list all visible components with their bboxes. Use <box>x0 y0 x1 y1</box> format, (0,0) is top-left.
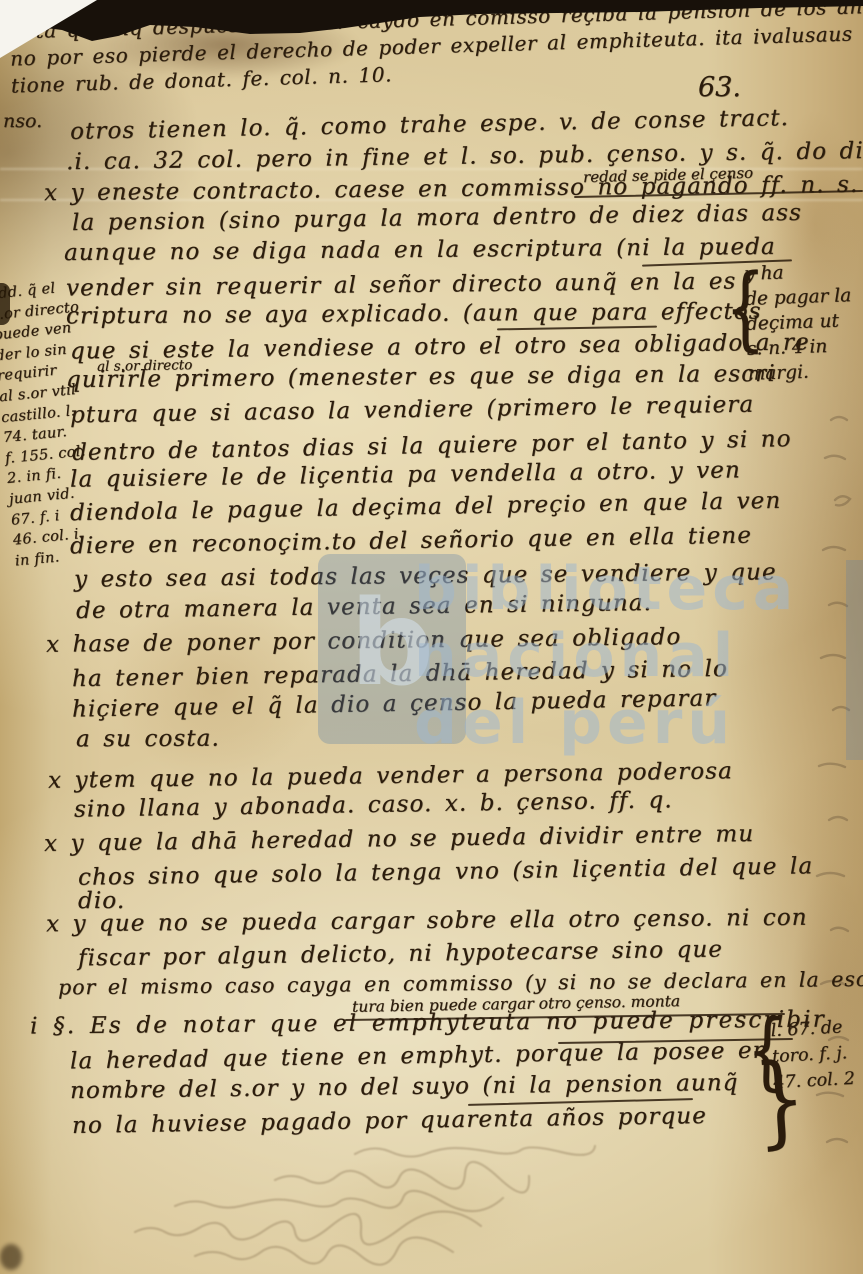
manuscript-line: de otra manera la venta sea en si ningun… <box>76 590 652 624</box>
right-margin-note-line: deçima ut <box>746 308 853 337</box>
manuscript-line: chos sino que solo la tenga vno (sin liç… <box>78 853 814 891</box>
manuscript-line: la pension (sino purga la mora dentro de… <box>72 200 802 236</box>
manuscript-line: x y que no se pueda cargar sobre ella ot… <box>46 905 808 938</box>
manuscript-line: x hase de poner por condition que sea ob… <box>46 624 682 658</box>
manuscript-page: nota q̃ aunq̃ despues de hauer caydo en … <box>0 0 863 1274</box>
brace-flourish: } <box>751 1047 809 1152</box>
watermark-fragment <box>846 560 863 760</box>
manuscript-line: la heredad que tiene en emphyt. porque l… <box>70 1038 769 1075</box>
manuscript-line: otros tienen lo. q̃. como trahe espe. v.… <box>70 105 789 145</box>
manuscript-line: hiçiere que el q̃ la dio a çenso la pued… <box>72 685 717 722</box>
ink-blot <box>0 1244 22 1270</box>
right-margin-note-line: de pagar la <box>745 283 852 312</box>
manuscript-line: diere en reconoçim.to del señorio que en… <box>70 523 752 560</box>
main-text-block: otros tienen lo. q̃. como trahe espe. v.… <box>0 0 863 1274</box>
manuscript-line: aunque no se diga nada en la escriptura … <box>64 234 776 266</box>
interlinear-note: al s.or directo <box>97 357 193 375</box>
right-margin-note-line: s. n. 4 in <box>746 333 853 362</box>
right-margin-note-line: margi. <box>747 358 854 387</box>
right-margin-note-top: y hade pagar ladeçima uts. n. 4 inmargi. <box>744 258 854 387</box>
manuscript-line: diendola le pague la deçima del preçio e… <box>70 488 782 526</box>
manuscript-line: x y que la dhā heredad no se pueda divid… <box>44 821 754 857</box>
manuscript-line: no la huviese pagado por quarenta años p… <box>72 1103 707 1139</box>
manuscript-line: fiscar por algun delicto, ni hypotecarse… <box>78 936 723 971</box>
manuscript-line: criptura no se aya explicado. (aun que p… <box>66 299 762 330</box>
manuscript-line: sino llana y abonada. caso. x. b. çenso.… <box>74 787 673 822</box>
manuscript-line: ptura que si acaso la vendiere (primero … <box>70 392 755 429</box>
manuscript-line: vender sin requerir al señor directo aun… <box>66 268 737 301</box>
manuscript-line: por el mismo caso cayga en commisso (y s… <box>58 967 863 1000</box>
page-edge-tear <box>0 283 10 325</box>
manuscript-line: y esto sea asi todas las veçes que se ve… <box>74 559 777 592</box>
manuscript-line: a su costa. <box>76 726 220 753</box>
